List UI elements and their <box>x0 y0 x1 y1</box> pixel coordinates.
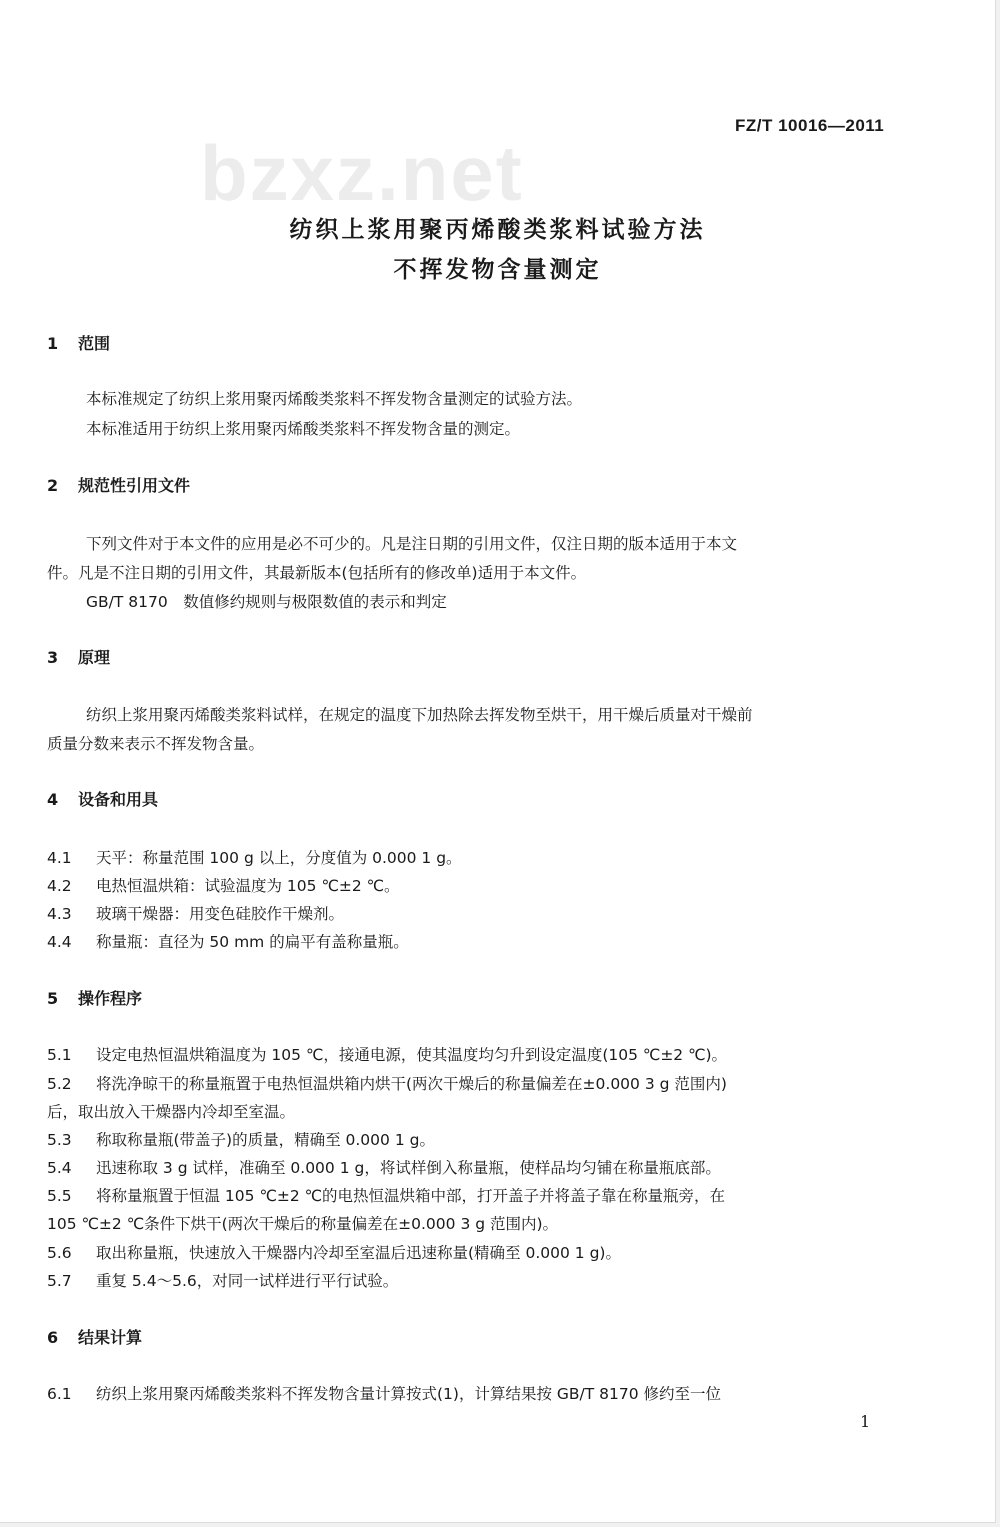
section-3-paragraph-cont: 质量分数来表示不挥发物含量。 <box>47 732 264 754</box>
clause-5-2-cont: 后，取出放入干燥器内冷却至室温。 <box>47 1100 295 1122</box>
clause-4-3: 4.3玻璃干燥器：用变色硅胶作干燥剂。 <box>47 902 344 924</box>
clause-6-1: 6.1纺织上浆用聚丙烯酸类浆料不挥发物含量计算按式(1)，计算结果按 GB/T … <box>47 1382 721 1404</box>
clause-5-3: 5.3称取称量瓶(带盖子)的质量，精确至 0.000 1 g。 <box>47 1128 435 1150</box>
watermark: bzxz.net <box>200 128 524 219</box>
section-3-paragraph: 纺织上浆用聚丙烯酸类浆料试样，在规定的温度下加热除去挥发物至烘干，用干燥后质量对… <box>86 703 753 725</box>
clause-5-5-cont: 105 ℃±2 ℃条件下烘干(两次干燥后的称量偏差在±0.000 3 g 范围内… <box>47 1212 558 1234</box>
clause-5-4: 5.4迅速称取 3 g 试样，准确至 0.000 1 g，将试样倒入称量瓶，使样… <box>47 1156 721 1178</box>
document-title-line-1: 纺织上浆用聚丙烯酸类浆料试验方法 <box>0 211 995 244</box>
document-page: FZ/T 10016—2011 bzxz.net 纺织上浆用聚丙烯酸类浆料试验方… <box>0 0 996 1523</box>
clause-4-4: 4.4称量瓶：直径为 50 mm 的扁平有盖称量瓶。 <box>47 930 409 952</box>
section-1-heading: 1范围 <box>47 331 110 354</box>
standard-code: FZ/T 10016—2011 <box>735 116 884 136</box>
clause-5-7: 5.7重复 5.4～5.6，对同一试样进行平行试验。 <box>47 1269 398 1291</box>
document-title-line-2: 不挥发物含量测定 <box>0 251 995 284</box>
section-5-heading: 5操作程序 <box>47 986 142 1009</box>
clause-5-6: 5.6取出称量瓶，快速放入干燥器内冷却至室温后迅速称量(精确至 0.000 1 … <box>47 1241 621 1263</box>
section-6-heading: 6结果计算 <box>47 1325 142 1348</box>
clause-4-1: 4.1天平：称量范围 100 g 以上，分度值为 0.000 1 g。 <box>47 846 462 868</box>
page-number: 1 <box>860 1412 870 1431</box>
clause-4-2: 4.2电热恒温烘箱：试验温度为 105 ℃±2 ℃。 <box>47 874 400 896</box>
normative-reference: GB/T 8170 数值修约规则与极限数值的表示和判定 <box>86 590 447 612</box>
section-2-paragraph-cont: 件。凡是不注日期的引用文件，其最新版本(包括所有的修改单)适用于本文件。 <box>47 561 586 583</box>
clause-5-1: 5.1设定电热恒温烘箱温度为 105 ℃，接通电源，使其温度均匀升到设定温度(1… <box>47 1043 727 1065</box>
clause-5-5: 5.5将称量瓶置于恒温 105 ℃±2 ℃的电热恒温烘箱中部，打开盖子并将盖子靠… <box>47 1184 725 1206</box>
section-1-paragraph: 本标准规定了纺织上浆用聚丙烯酸类浆料不挥发物含量测定的试验方法。 <box>86 387 582 409</box>
section-4-heading: 4设备和用具 <box>47 787 158 810</box>
section-1-paragraph: 本标准适用于纺织上浆用聚丙烯酸类浆料不挥发物含量的测定。 <box>86 417 520 439</box>
section-2-paragraph: 下列文件对于本文件的应用是必不可少的。凡是注日期的引用文件，仅注日期的版本适用于… <box>86 532 737 554</box>
section-3-heading: 3原理 <box>47 645 110 668</box>
clause-5-2: 5.2将洗净晾干的称量瓶置于电热恒温烘箱内烘干(两次干燥后的称量偏差在±0.00… <box>47 1072 727 1094</box>
section-2-heading: 2规范性引用文件 <box>47 473 190 496</box>
